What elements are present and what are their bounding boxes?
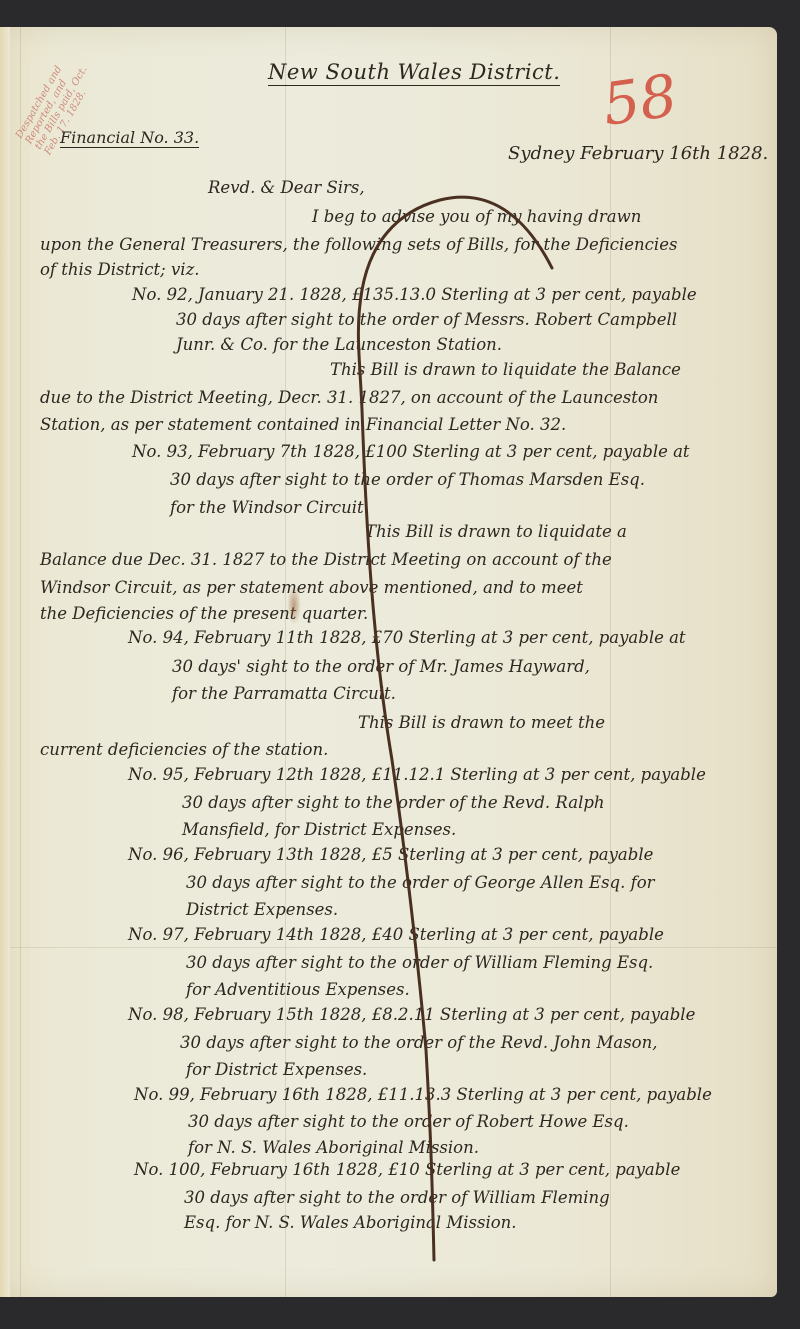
bill-line: 30 days after sight to the order of Thom…: [170, 470, 645, 489]
bill-note: This Bill is drawn to liquidate the Bala…: [330, 360, 681, 379]
intro-line: I beg to advise you of my having drawn: [312, 207, 641, 226]
bill-line: No. 96, February 13th 1828, £5 Sterling …: [128, 845, 653, 864]
bill-line: Junr. & Co. for the Launceston Station.: [176, 335, 502, 354]
margin-line: [20, 27, 21, 1297]
bill-line: 30 days after sight to the order of Will…: [186, 953, 653, 972]
bill-line: District Expenses.: [186, 900, 338, 919]
reference-number: Financial No. 33.: [60, 128, 199, 148]
salutation: Revd. & Dear Sirs,: [208, 178, 365, 197]
bill-line: for District Expenses.: [186, 1060, 367, 1079]
letter-heading: New South Wales District.: [268, 60, 560, 86]
bill-line: 30 days after sight to the order of Robe…: [188, 1112, 629, 1131]
fold-line: [0, 947, 777, 948]
bill-line: for the Parramatta Circuit.: [172, 684, 396, 703]
paper-edge: [0, 27, 10, 1297]
bill-line: No. 98, February 15th 1828, £8.2.11 Ster…: [128, 1005, 695, 1024]
bill-line: 30 days after sight to the order of the …: [182, 793, 605, 812]
bill-note: This Bill is drawn to liquidate a: [365, 522, 627, 541]
bill-line: 30 days after sight to the order of the …: [180, 1033, 657, 1052]
bill-note: due to the District Meeting, Decr. 31. 1…: [40, 388, 658, 407]
bill-line: for N. S. Wales Aboriginal Mission.: [188, 1138, 479, 1157]
bill-note: Balance due Dec. 31. 1827 to the Distric…: [40, 550, 612, 569]
bill-line: 30 days' sight to the order of Mr. James…: [172, 657, 590, 676]
bill-line: No. 100, February 16th 1828, £10 Sterlin…: [134, 1160, 680, 1179]
intro-line: of this District; viz.: [40, 260, 200, 279]
bill-line: Esq. for N. S. Wales Aboriginal Mission.: [184, 1213, 517, 1232]
bill-line: No. 95, February 12th 1828, £11.12.1 Ste…: [128, 765, 706, 784]
dateline: Sydney February 16th 1828.: [508, 143, 768, 164]
bill-line: for Adventitious Expenses.: [186, 980, 410, 999]
bill-line: No. 97, February 14th 1828, £40 Sterling…: [128, 925, 664, 944]
folio-number: 58: [599, 61, 682, 139]
bill-line: No. 93, February 7th 1828, £100 Sterling…: [132, 442, 690, 461]
bill-line: for the Windsor Circuit.: [170, 498, 369, 517]
bill-note: Windsor Circuit, as per statement above …: [40, 578, 583, 597]
bill-line: No. 94, February 11th 1828, £70 Sterling…: [128, 628, 686, 647]
bill-line: 30 days after sight to the order of Will…: [184, 1188, 610, 1207]
bill-line: 30 days after sight to the order of Mess…: [176, 310, 677, 329]
bill-note: current deficiencies of the station.: [40, 740, 328, 759]
bill-line: 30 days after sight to the order of Geor…: [186, 873, 655, 892]
ink-stain: [287, 585, 301, 625]
intro-line: upon the General Treasurers, the followi…: [40, 235, 677, 254]
bill-note: the Deficiencies of the present quarter.: [40, 604, 368, 623]
bill-note: Station, as per statement contained in F…: [40, 415, 566, 434]
bill-line: Mansfield, for District Expenses.: [182, 820, 456, 839]
bill-note: This Bill is drawn to meet the: [358, 713, 605, 732]
bill-line: No. 92, January 21. 1828, £135.13.0 Ster…: [132, 285, 697, 304]
bill-line: No. 99, February 16th 1828, £11.13.3 Ste…: [134, 1085, 712, 1104]
